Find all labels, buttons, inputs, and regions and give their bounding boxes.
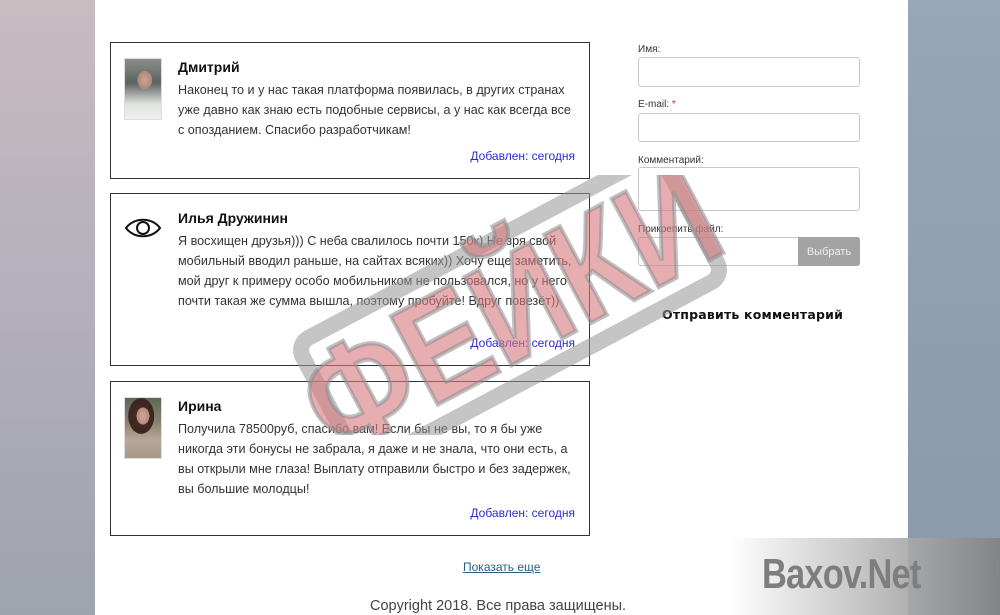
comment-card: Ирина Получила 78500руб, спасибо вам! Ес… [110, 381, 590, 536]
choose-file-button[interactable]: Выбрать [798, 237, 860, 266]
submit-comment-button[interactable]: Отправить комментарий [662, 307, 843, 322]
name-input[interactable] [638, 57, 860, 87]
comment-text: Получила 78500руб, спасибо вам! Если бы … [178, 419, 578, 499]
comment-card: Илья Дружинин Я восхищен друзья))) С неб… [110, 193, 590, 366]
comment-label: Комментарий: [638, 155, 704, 166]
comment-date-link[interactable]: Добавлен: сегодня [470, 149, 575, 163]
required-mark: * [672, 99, 676, 110]
email-label-text: E-mail: [638, 99, 669, 110]
comment-date-link[interactable]: Добавлен: сегодня [470, 336, 575, 350]
comment-date-link[interactable]: Добавлен: сегодня [470, 506, 575, 520]
comment-author: Ирина [178, 398, 221, 414]
avatar [124, 397, 162, 459]
file-label: Прикрепить файл: [638, 224, 723, 235]
page-content: Дмитрий Наконец то и у нас такая платфор… [95, 0, 908, 615]
eye-icon [124, 216, 162, 240]
email-input[interactable] [638, 113, 860, 142]
comment-card: Дмитрий Наконец то и у нас такая платфор… [110, 42, 590, 179]
comment-text: Я восхищен друзья))) С неба свалилось по… [178, 231, 578, 311]
avatar [124, 58, 162, 120]
comment-author: Дмитрий [178, 59, 240, 75]
email-label: E-mail: * [638, 99, 676, 110]
show-more-link[interactable]: Показать еще [463, 560, 540, 574]
comment-author: Илья Дружинин [178, 210, 288, 226]
name-label: Имя: [638, 44, 660, 55]
background-right [908, 0, 1000, 615]
copyright-text: Copyright 2018. Все права защищены. [370, 598, 626, 614]
comment-textarea[interactable] [638, 167, 860, 211]
comment-text: Наконец то и у нас такая платформа появи… [178, 80, 578, 140]
